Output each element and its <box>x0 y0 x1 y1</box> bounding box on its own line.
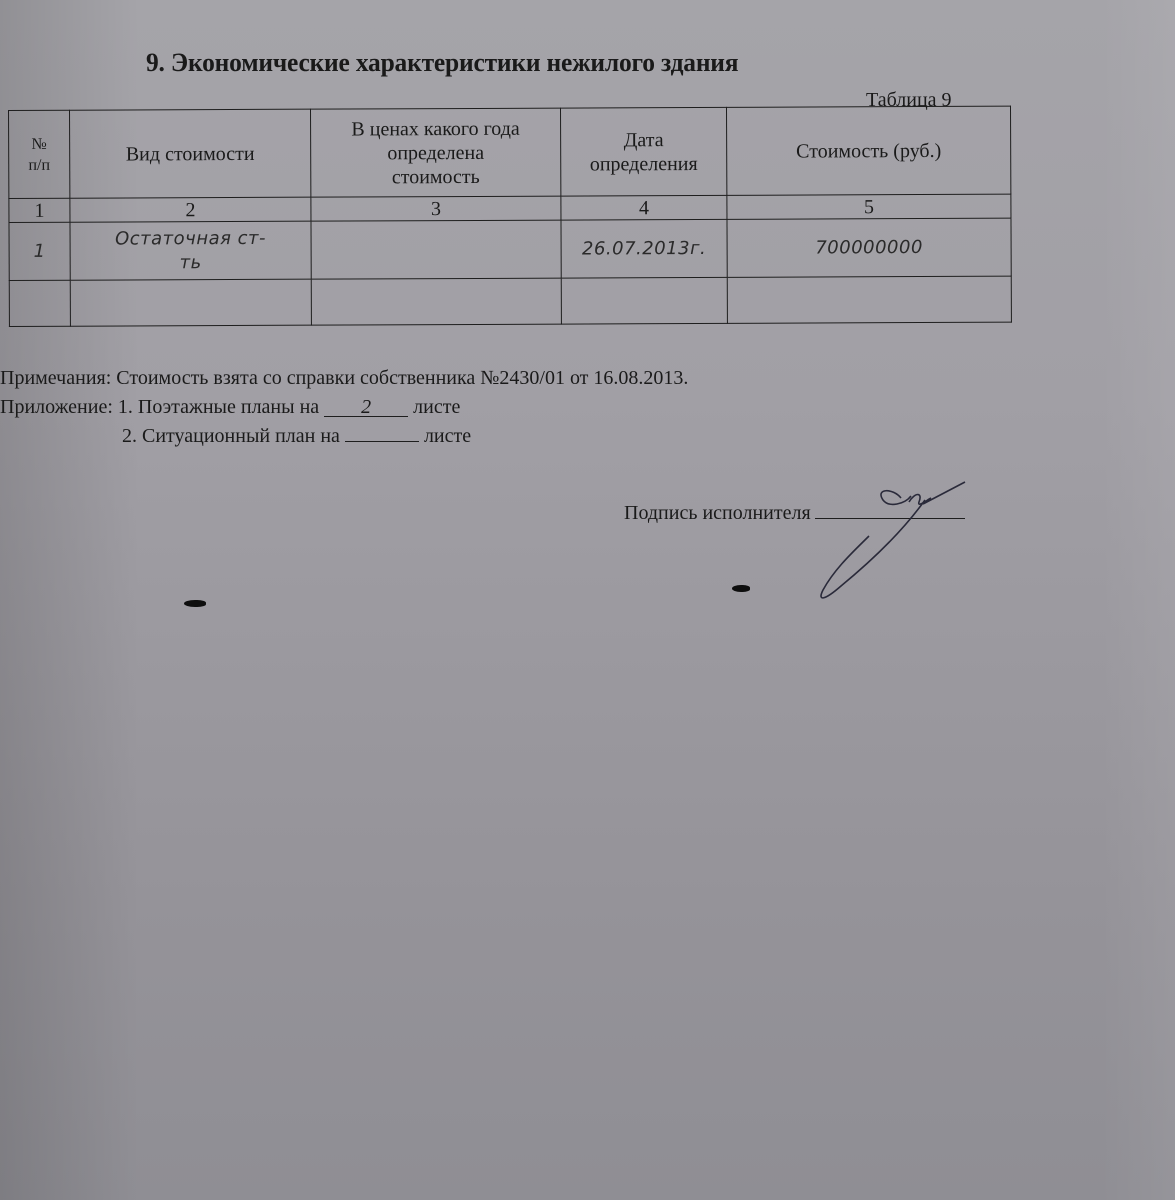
header-price-year-line1: В ценах какого года <box>311 116 560 141</box>
attachment-2-suffix: листе <box>424 425 471 447</box>
row-value-type-line2: ть <box>71 250 311 275</box>
row-price-year <box>311 278 561 325</box>
attachment-2-sheets <box>345 441 419 442</box>
row-date <box>561 277 727 324</box>
header-date-line1: Дата <box>561 127 726 152</box>
attachment-2-label: 2. Ситуационный план на <box>122 425 340 447</box>
table-row <box>9 276 1011 326</box>
header-price-year-line2: определена <box>311 140 560 165</box>
table-row: 1 Остаточная ст- ть 26.07.2013г. 7000000… <box>9 218 1011 280</box>
header-price-year-line3: стоимость <box>311 164 560 189</box>
header-number-line1: № <box>9 133 69 154</box>
row-value-type <box>70 279 311 326</box>
header-date-line2: определения <box>561 151 726 176</box>
column-number: 1 <box>9 198 70 222</box>
remark-line: Примечания: Стоимость взята со справки с… <box>0 364 688 393</box>
attachment-1-label: Приложение: 1. Поэтажные планы на <box>0 396 319 418</box>
row-number <box>9 280 70 326</box>
ink-mark <box>732 585 750 592</box>
column-number: 4 <box>561 195 727 220</box>
column-number: 5 <box>727 194 1011 219</box>
column-number: 3 <box>311 196 561 221</box>
header-value-type: Вид стоимости <box>70 109 311 198</box>
attachment-line-2: 2. Ситуационный план на листе <box>0 422 688 451</box>
header-number-line2: п/п <box>9 154 69 175</box>
row-cost: 700000000 <box>727 218 1011 277</box>
attachment-1-suffix: листе <box>413 396 460 418</box>
table-header-row: № п/п Вид стоимости В ценах какого года … <box>9 106 1011 198</box>
column-number: 2 <box>70 197 311 222</box>
handwritten-signature-icon <box>805 478 985 603</box>
attachment-line-1: Приложение: 1. Поэтажные планы на 2 лист… <box>0 393 688 422</box>
ink-mark <box>184 600 206 607</box>
header-cost: Стоимость (руб.) <box>726 106 1010 195</box>
row-number: 1 <box>9 222 70 280</box>
row-cost <box>727 276 1011 323</box>
attachment-1-sheets: 2 <box>324 398 408 417</box>
header-number: № п/п <box>9 110 70 198</box>
signature-label: Подпись исполнителя <box>624 502 811 524</box>
header-price-year: В ценах какого года определена стоимость <box>310 108 560 197</box>
row-value-type-line1: Остаточная ст- <box>71 226 311 251</box>
notes-section: Примечания: Стоимость взята со справки с… <box>0 364 688 451</box>
row-price-year <box>311 220 561 279</box>
row-value-type: Остаточная ст- ть <box>70 221 311 280</box>
row-date: 26.07.2013г. <box>561 219 727 278</box>
economic-characteristics-table: № п/п Вид стоимости В ценах какого года … <box>8 106 1012 327</box>
header-date: Дата определения <box>560 107 726 196</box>
page-title: 9. Экономические характеристики нежилого… <box>146 48 738 78</box>
